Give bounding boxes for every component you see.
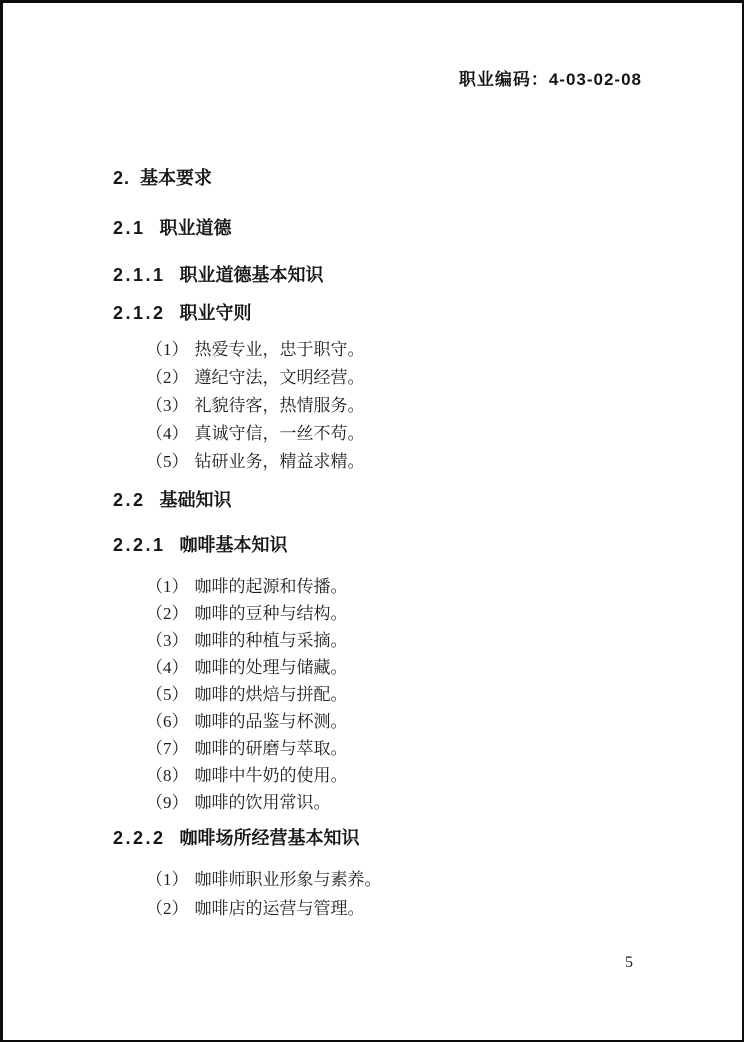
section-number: 2.1.2	[113, 303, 166, 323]
item-number: （2）	[146, 368, 189, 387]
item-number: （1）	[146, 340, 189, 359]
item-number: （3）	[146, 396, 189, 415]
item-text: 咖啡中牛奶的使用。	[195, 766, 348, 785]
section-heading-basic-requirements: 2.基本要求	[113, 165, 653, 191]
section-number: 2.2	[113, 490, 146, 510]
section-heading-basic-knowledge: 2.2基础知识	[113, 487, 653, 513]
list-item: （2）咖啡的豆种与结构。	[113, 600, 653, 627]
item-number: （5）	[146, 685, 189, 704]
item-text: 钻研业务，精益求精。	[195, 452, 365, 471]
item-text: 咖啡的处理与储藏。	[195, 658, 348, 677]
section-number: 2.2.2	[113, 828, 166, 848]
list-item: （2）咖啡店的运营与管理。	[113, 895, 653, 922]
item-number: （6）	[146, 712, 189, 731]
item-text: 礼貌待客，热情服务。	[195, 396, 365, 415]
item-number: （1）	[146, 577, 189, 596]
list-item: （4）咖啡的处理与储藏。	[113, 654, 653, 681]
item-number: （9）	[146, 793, 189, 812]
item-text: 真诚守信，一丝不苟。	[195, 424, 365, 443]
document-page: 职业编码：4-03-02-08 2.基本要求 2.1职业道德 2.1.1职业道德…	[0, 0, 744, 1042]
item-number: （3）	[146, 631, 189, 650]
section-heading-coffee-shop-knowledge: 2.2.2咖啡场所经营基本知识	[113, 825, 653, 851]
list-item: （5）钻研业务，精益求精。	[113, 448, 653, 475]
section-title: 职业道德基本知识	[180, 265, 324, 285]
list-item: （4）真诚守信，一丝不苟。	[113, 420, 653, 447]
list-item: （3）咖啡的种植与采摘。	[113, 627, 653, 654]
list-item: （2）遵纪守法，文明经营。	[113, 364, 653, 391]
section-title: 咖啡场所经营基本知识	[180, 828, 360, 848]
item-number: （4）	[146, 658, 189, 677]
item-text: 咖啡的品鉴与杯测。	[195, 712, 348, 731]
item-text: 咖啡店的运营与管理。	[195, 899, 365, 918]
list-item: （1）咖啡师职业形象与素养。	[113, 866, 653, 893]
list-item: （6）咖啡的品鉴与杯测。	[113, 708, 653, 735]
item-number: （7）	[146, 739, 189, 758]
section-number: 2.	[113, 168, 130, 188]
section-title: 职业道德	[160, 218, 232, 238]
item-text: 咖啡的起源和传播。	[195, 577, 348, 596]
section-number: 2.2.1	[113, 535, 166, 555]
section-title: 基础知识	[160, 490, 232, 510]
list-item: （7）咖啡的研磨与萃取。	[113, 735, 653, 762]
section-number: 2.1	[113, 218, 146, 238]
item-text: 咖啡师职业形象与素养。	[195, 870, 382, 889]
item-text: 咖啡的种植与采摘。	[195, 631, 348, 650]
section-heading-coffee-basic-knowledge: 2.2.1咖啡基本知识	[113, 532, 653, 558]
item-number: （4）	[146, 424, 189, 443]
item-number: （1）	[146, 870, 189, 889]
section-title: 咖啡基本知识	[180, 535, 288, 555]
item-text: 咖啡的豆种与结构。	[195, 604, 348, 623]
item-number: （8）	[146, 766, 189, 785]
occupation-code: 职业编码：4-03-02-08	[459, 67, 642, 93]
item-number: （2）	[146, 899, 189, 918]
item-number: （5）	[146, 452, 189, 471]
list-item: （3）礼貌待客，热情服务。	[113, 392, 653, 419]
list-item: （9）咖啡的饮用常识。	[113, 789, 653, 816]
page-number: 5	[625, 951, 633, 975]
item-text: 热爱专业，忠于职守。	[195, 340, 365, 359]
item-text: 咖啡的饮用常识。	[195, 793, 331, 812]
item-text: 咖啡的烘焙与拼配。	[195, 685, 348, 704]
section-number: 2.1.1	[113, 265, 166, 285]
item-text: 咖啡的研磨与萃取。	[195, 739, 348, 758]
list-item: （1）热爱专业，忠于职守。	[113, 336, 653, 363]
item-number: （2）	[146, 604, 189, 623]
list-item: （5）咖啡的烘焙与拼配。	[113, 681, 653, 708]
document-content: 2.基本要求 2.1职业道德 2.1.1职业道德基本知识 2.1.2职业守则 （…	[113, 165, 653, 922]
section-heading-professional-rules: 2.1.2职业守则	[113, 300, 653, 326]
item-text: 遵纪守法，文明经营。	[195, 368, 365, 387]
section-title: 职业守则	[180, 303, 252, 323]
section-title: 基本要求	[140, 168, 212, 188]
list-item: （8）咖啡中牛奶的使用。	[113, 762, 653, 789]
list-item: （1）咖啡的起源和传播。	[113, 573, 653, 600]
section-heading-ethics-basic-knowledge: 2.1.1职业道德基本知识	[113, 262, 653, 288]
section-heading-professional-ethics: 2.1职业道德	[113, 215, 653, 241]
